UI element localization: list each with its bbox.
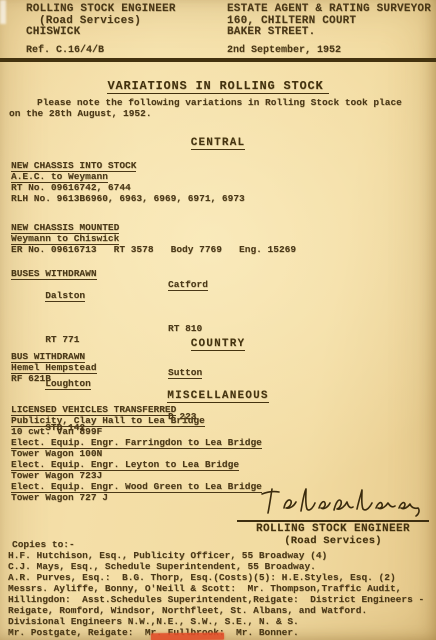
intro-paragraph: Please note the following variations in … — [9, 97, 431, 119]
divider-rule — [0, 58, 436, 62]
fleet-numbers-line: ER No. 09616713 RT 3578 Body 7769 Eng. 1… — [11, 244, 296, 255]
copies-line: Divisional Engineers N.W.,N.E., S.W., S.… — [8, 616, 434, 627]
copies-line: H.F. Hutchison, Esq., Publicity Officer,… — [8, 550, 434, 561]
transfer-vehicle: Tower Wagon 727 J — [11, 492, 262, 503]
document-date: 2nd September, 1952 — [227, 45, 341, 56]
document-page: ROLLING STOCK ENGINEER (Road Services) C… — [0, 0, 436, 640]
title-row: VARIATIONS IN ROLLING STOCK — [0, 76, 436, 94]
copies-label: Copies to:- — [12, 539, 75, 550]
miscellaneous-heading-row: MISCELLANEOUS — [0, 385, 436, 403]
handwritten-signature — [258, 486, 428, 520]
subsection-licensed-vehicles-transferred: LICENSED VEHICLES TRANSFERRED Publicity,… — [11, 404, 262, 503]
intro-line: on the 28th August, 1952. — [9, 108, 431, 119]
garage-name: Sutton — [168, 367, 202, 379]
copies-line: C.J. Mays, Esq., Schedule Superintendent… — [8, 561, 434, 572]
subsection-new-chassis-mounted: NEW CHASSIS MOUNTED Weymann to Chiswick … — [11, 222, 296, 255]
document-title: VARIATIONS IN ROLLING STOCK — [107, 79, 328, 94]
section-heading-miscellaneous: MISCELLANEOUS — [167, 390, 268, 403]
fleet-numbers-line: RT No. 09616742, 6744 — [11, 182, 245, 193]
signatory-role: ROLLING STOCK ENGINEER — [237, 523, 429, 535]
central-heading-row: CENTRAL — [0, 132, 436, 150]
copies-line: Messrs. Ayliffe, Bonny, O'Neill & Scott:… — [8, 583, 434, 594]
fleet-numbers-line: RF 621B — [11, 373, 97, 384]
section-heading-country: COUNTRY — [191, 338, 246, 351]
letterhead-left-line: ROLLING STOCK ENGINEER — [26, 4, 176, 16]
letterhead-left: ROLLING STOCK ENGINEER (Road Services) C… — [26, 4, 176, 39]
highlight-marker — [151, 633, 224, 640]
garage-row: Dalston Catford — [11, 279, 331, 323]
copies-line: Hillingdon: Asst.Schedules Superintenden… — [8, 594, 434, 605]
letterhead-right-line: BAKER STREET. — [227, 27, 431, 39]
garage-name: Dalston — [45, 290, 85, 302]
scan-edge-artifact — [0, 0, 6, 24]
country-heading-row: COUNTRY — [0, 333, 436, 351]
signature-rule — [237, 520, 429, 522]
transfer-vehicle: Tower Wagon 723J — [11, 470, 262, 481]
letterhead-right: ESTATE AGENT & RATING SURVEYOR 160, CHIL… — [227, 4, 431, 39]
letterhead-left-line: CHISWICK — [26, 27, 176, 39]
subsection-new-chassis-into-stock: NEW CHASSIS INTO STOCK A.E.C. to Weymann… — [11, 160, 245, 204]
copies-list: H.F. Hutchison, Esq., Publicity Officer,… — [8, 550, 434, 638]
garage-name: Catford — [168, 279, 208, 291]
section-heading-central: CENTRAL — [191, 137, 246, 150]
reference-number: Ref. C.16/4/B — [26, 45, 104, 56]
copies-line: A.R. Purves, Esq.: B.G. Thorp, Esq.(Cost… — [8, 572, 434, 583]
subsection-bus-withdrawn: BUS WITHDRAWN Hemel Hempstead RF 621B — [11, 351, 97, 384]
transfer-vehicle: 10 cwt. Van 899F — [11, 426, 262, 437]
signatory-department: (Road Services) — [237, 535, 429, 547]
transfer-vehicle: Tower Wagon 100N — [11, 448, 262, 459]
fleet-numbers-line: RLH No. 9613B6960, 6963, 6969, 6971, 697… — [11, 193, 245, 204]
copies-line: Reigate, Romford, Windsor, Northfleet, S… — [8, 605, 434, 616]
intro-line: Please note the following variations in … — [9, 97, 431, 108]
letterhead-right-line: ESTATE AGENT & RATING SURVEYOR — [227, 4, 431, 16]
